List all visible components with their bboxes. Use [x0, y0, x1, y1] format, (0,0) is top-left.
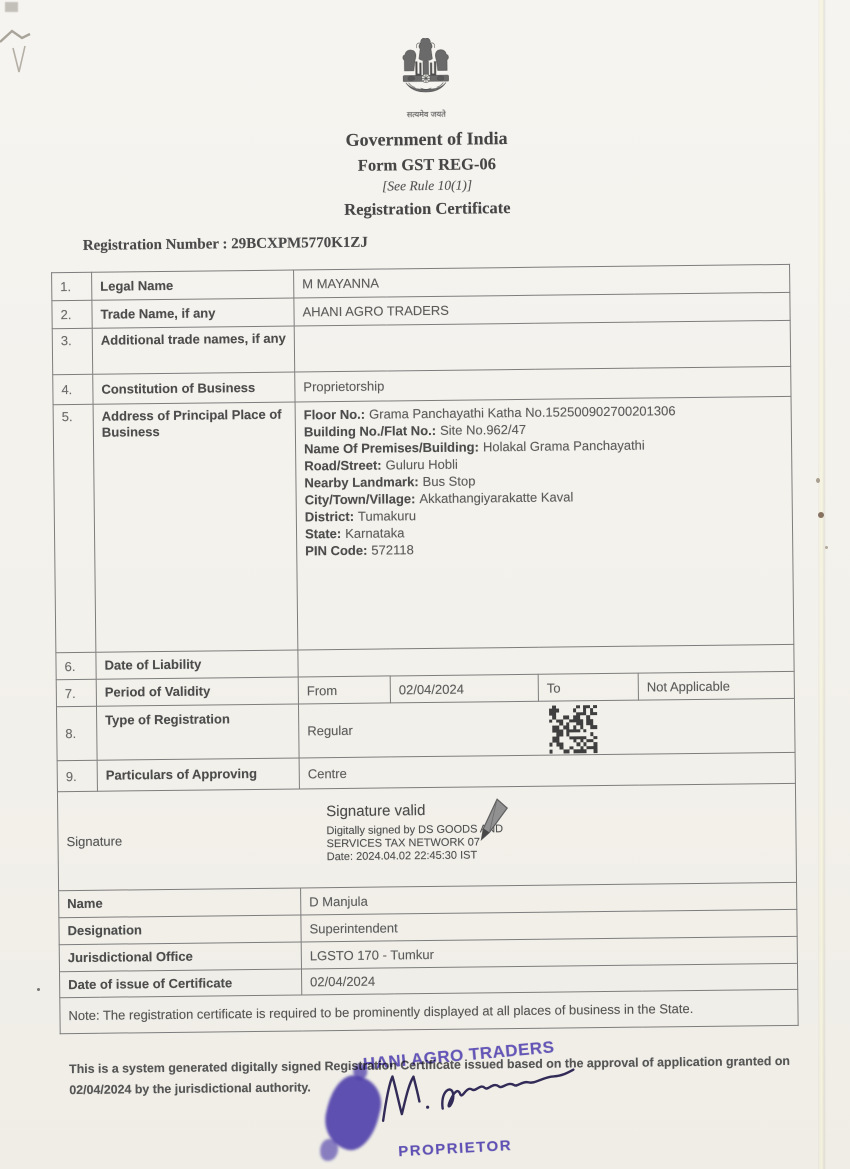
row-label: Additional trade names, if any	[92, 326, 295, 374]
officer-label: Jurisdictional Office	[59, 942, 301, 972]
signature-label: Signature	[66, 833, 122, 849]
row-label: Particulars of Approving	[97, 758, 299, 791]
digital-signature-details: Digitally signed by DS GOODS AND SERVICE…	[326, 822, 586, 864]
address-field-value: Akkathangiyarakatte Kaval	[419, 489, 573, 506]
row-number: 4.	[53, 374, 93, 404]
validity-to-date: Not Applicable	[638, 671, 794, 700]
officer-label: Designation	[59, 915, 301, 945]
stamp-proprietor-title: PROPRIETOR	[398, 1137, 513, 1160]
row-number: 3.	[52, 328, 93, 374]
validity-from-label: From	[298, 676, 390, 704]
address-field-value: Grama Panchayathi Katha No.1525009027002…	[369, 403, 676, 421]
signature-row: Signature Signature valid Digitally sign…	[57, 783, 796, 890]
address-field-label: State:	[305, 526, 341, 541]
registration-number-label: Registration Number :	[83, 236, 228, 254]
address-field-value: Holakal Grama Panchayathi	[483, 438, 645, 455]
address-field-value: Guluru Hobli	[385, 457, 457, 473]
registration-number-line: Registration Number : 29BCXPM5770K1ZJ	[83, 229, 850, 255]
proprietor-signature	[371, 1055, 584, 1139]
row-value	[294, 320, 790, 372]
row-label: Legal Name	[92, 270, 294, 300]
row-number: 6.	[56, 652, 96, 679]
certificate-table: 1. Legal Name M MAYANNA 2. Trade Name, i…	[51, 264, 799, 1034]
table-row: 3. Additional trade names, if any	[52, 320, 790, 374]
row-label: Type of Registration	[96, 704, 299, 760]
row-label: Trade Name, if any	[92, 298, 294, 328]
address-field-value: Tumakuru	[358, 508, 416, 524]
address-field-value: Bus Stop	[423, 473, 476, 489]
row-label: Constitution of Business	[93, 372, 295, 404]
note-text: Note: The registration certificate is re…	[60, 989, 798, 1033]
address-field-value: Karnataka	[345, 525, 404, 541]
note-row: Note: The registration certificate is re…	[60, 989, 798, 1033]
address-field-label: Building No./Flat No.:	[304, 423, 436, 439]
registration-number: 29BCXPM5770K1ZJ	[231, 235, 368, 253]
certificate-title: Registration Certificate	[2, 194, 850, 224]
row-number: 5.	[53, 404, 96, 652]
government-title: Government of India	[1, 124, 850, 155]
validity-from-date: 02/04/2024	[390, 674, 538, 703]
signature-cell: Signature Signature valid Digitally sign…	[57, 783, 796, 890]
row-number: 9.	[57, 760, 97, 791]
scanned-certificate-page: सत्यमेव जयते Government of India Form GS…	[0, 0, 850, 1169]
proprietor-stamp: HANI AGRO TRADERS PROPRIETOR M Mayanna	[318, 1032, 623, 1169]
row-label: Period of Validity	[96, 677, 298, 706]
address-field-value: Site No.962/47	[440, 422, 526, 438]
pen-icon	[476, 797, 511, 843]
signature-valid-text: Signature valid	[326, 800, 586, 820]
row-label: Date of Liability	[96, 650, 298, 679]
officer-label: Date of issue of Certificate	[59, 969, 301, 998]
india-emblem-icon	[393, 36, 458, 109]
address-field-label: District:	[305, 509, 354, 525]
qr-code	[549, 705, 598, 754]
signed-date-line: Date: 2024.04.02 22:45:30 IST	[327, 848, 587, 864]
row-number: 7.	[56, 679, 96, 706]
row-value-cell: Regular	[298, 698, 795, 758]
row-number: 2.	[52, 300, 92, 328]
row-value: Regular	[307, 723, 353, 739]
ink-blot	[320, 1139, 339, 1162]
digital-signature-block: Signature valid Digitally signed by DS G…	[326, 800, 587, 864]
address-cell: Floor No.:Grama Panchayathi Katha No.152…	[295, 396, 794, 650]
address-field-label: Floor No.:	[304, 407, 366, 423]
table-row: 5. Address of Principal Place of Busines…	[53, 396, 794, 652]
certificate-document: सत्यमेव जयते Government of India Form GS…	[0, 0, 850, 1102]
row-number: 1.	[52, 272, 92, 300]
address-field-label: City/Town/Village:	[305, 491, 416, 507]
row-number: 8.	[56, 706, 97, 760]
validity-to-label: To	[538, 673, 638, 701]
address-field-label: PIN Code:	[305, 543, 367, 559]
row-label: Address of Principal Place of Business	[93, 402, 298, 652]
address-field-label: Road/Street:	[304, 458, 381, 474]
address-field-label: Name Of Premises/Building:	[304, 439, 479, 456]
address-field-label: Nearby Landmark:	[304, 474, 418, 490]
table-row: 8. Type of Registration Regular	[56, 698, 795, 760]
address-field-value: 572118	[371, 542, 414, 557]
officer-label: Name	[59, 888, 301, 918]
